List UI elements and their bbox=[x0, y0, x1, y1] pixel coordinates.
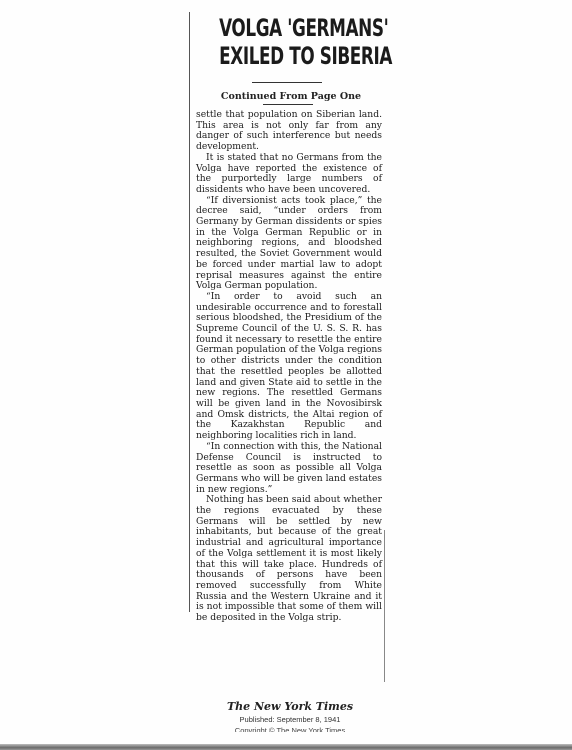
column-rule-left bbox=[189, 12, 190, 612]
headline: VOLGA 'GERMANS' EXILED TO SIBERIA bbox=[198, 14, 390, 70]
copyright: Copyright © The New York Times bbox=[190, 726, 390, 732]
article-body: settle that population on Siberian land.… bbox=[196, 110, 382, 624]
headline-line-2: EXILED TO SIBERIA bbox=[219, 42, 369, 70]
headline-line-1: VOLGA 'GERMANS' bbox=[219, 14, 369, 42]
paragraph: “In order to avoid such an undesirable o… bbox=[196, 292, 382, 442]
footer: The New York Times Published: September … bbox=[190, 700, 390, 732]
published-date: Published: September 8, 1941 bbox=[190, 715, 390, 724]
nyt-masthead: The New York Times bbox=[190, 700, 390, 713]
newspaper-clipping: VOLGA 'GERMANS' EXILED TO SIBERIA Contin… bbox=[0, 0, 572, 744]
paragraph: It is stated that no Germans from the Vo… bbox=[196, 153, 382, 196]
paragraph: Nothing has been said about whether the … bbox=[196, 495, 382, 623]
page-edge-shadow bbox=[0, 744, 572, 750]
paragraph: “If diversionist acts took place,” the d… bbox=[196, 196, 382, 292]
continued-divider bbox=[263, 104, 313, 105]
paragraph: “In connection with this, the National D… bbox=[196, 442, 382, 496]
column-rule-right bbox=[384, 530, 385, 682]
paragraph: settle that population on Siberian land.… bbox=[196, 110, 382, 153]
headline-divider bbox=[252, 82, 322, 83]
continued-label: Continued From Page One bbox=[195, 91, 387, 102]
